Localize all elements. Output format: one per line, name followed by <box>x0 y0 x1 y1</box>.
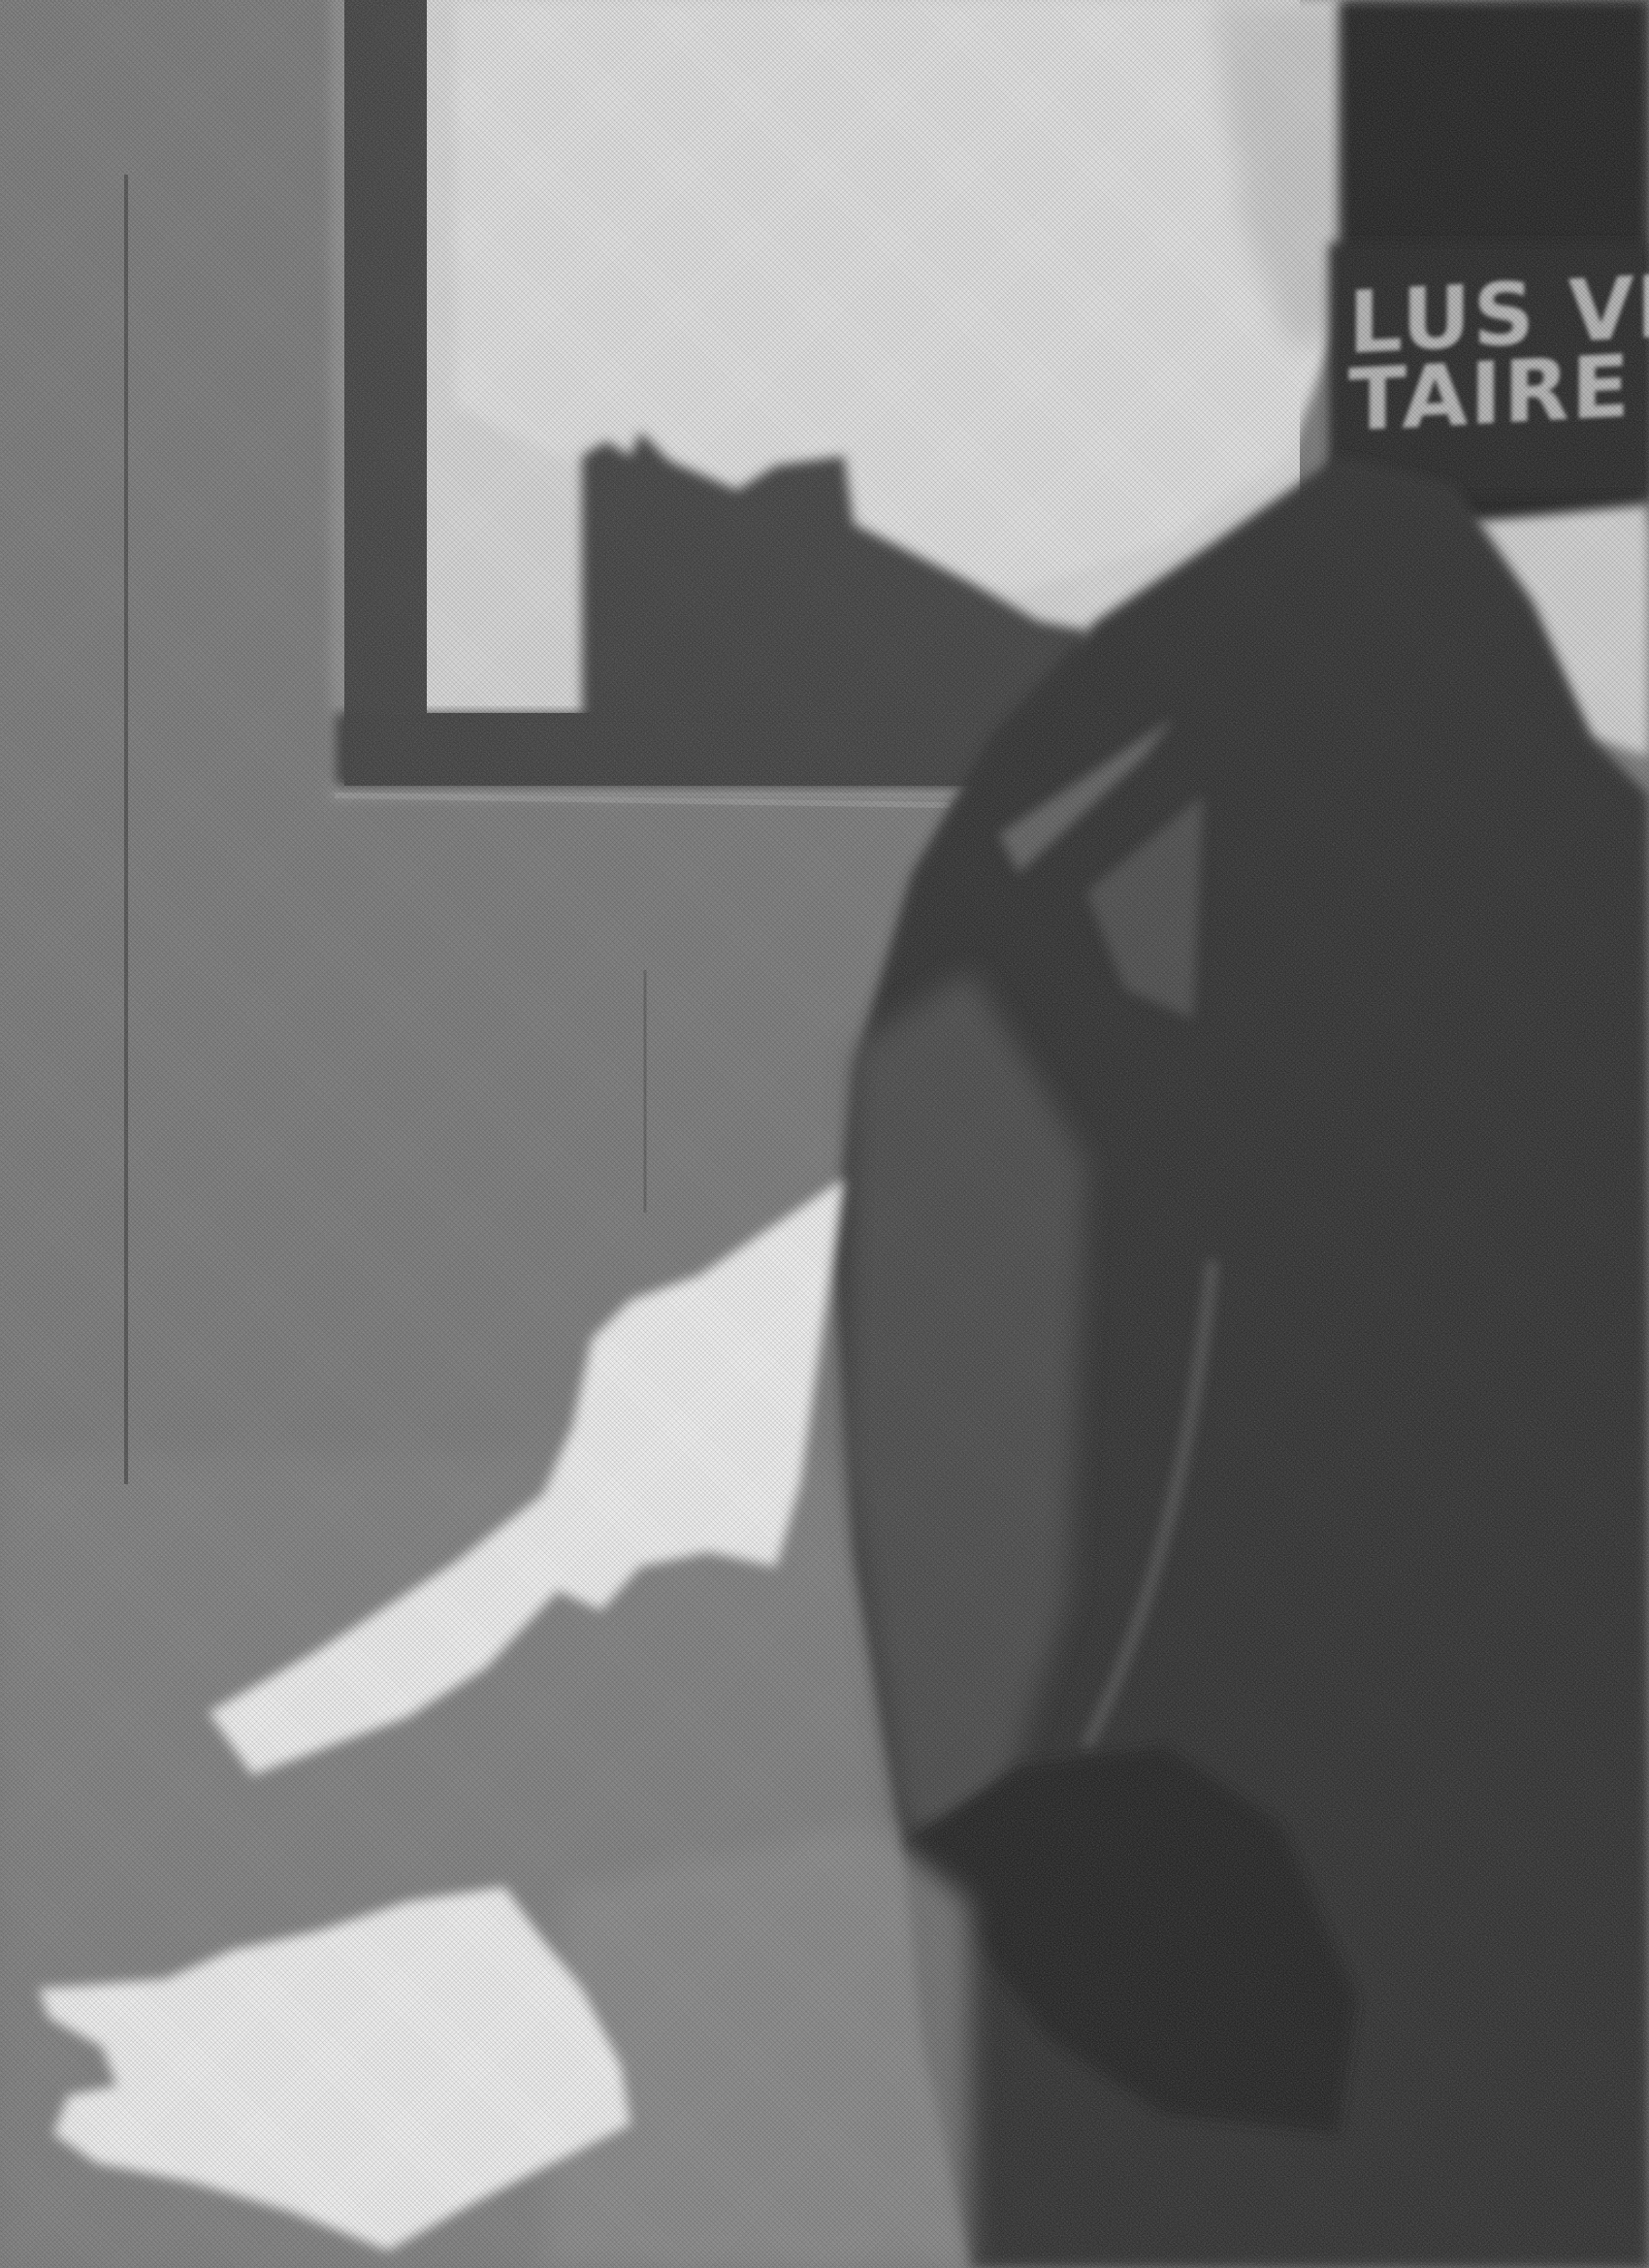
newspaper-photograph: LUS VI TAIRE <box>0 0 1649 2268</box>
sign-text: LUS VI TAIRE <box>1348 268 1649 439</box>
sign-line-2: TAIRE <box>1348 336 1632 450</box>
